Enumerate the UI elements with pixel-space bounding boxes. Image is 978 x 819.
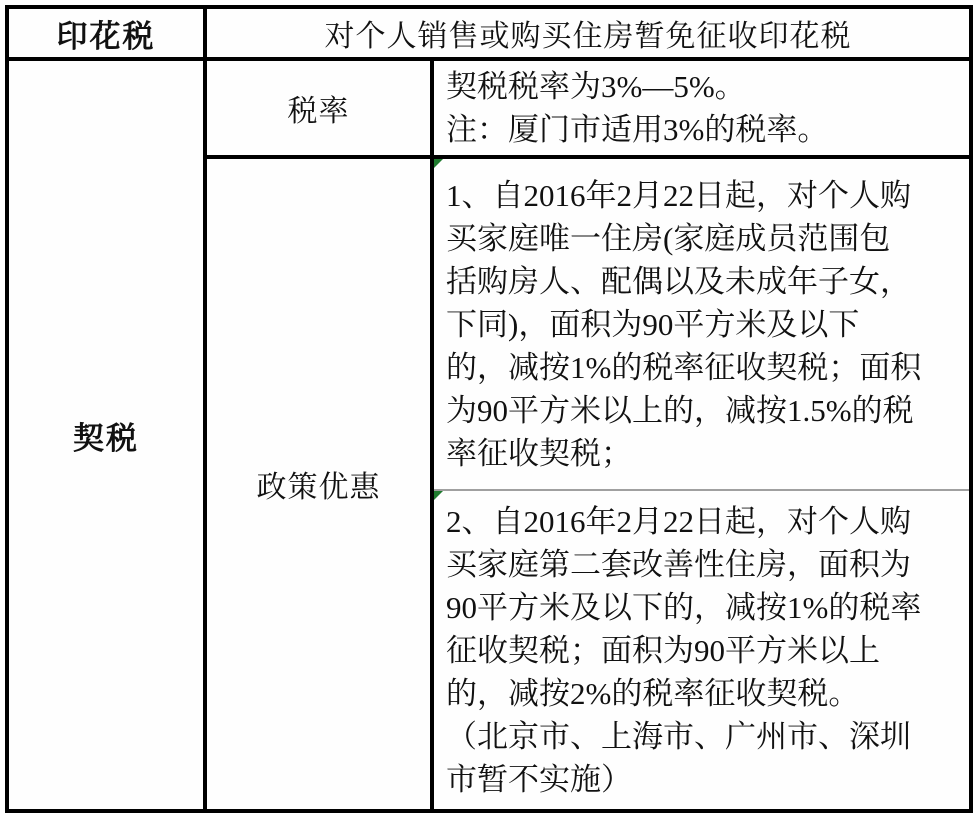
- tax-policy-table: 印花税 对个人销售或购买住房暂免征收印花税 契税 税率 契税税率为3%—5%。 …: [5, 5, 973, 813]
- tax-rate-content-cell: 契税税率为3%—5%。 注：厦门市适用3%的税率。: [434, 61, 969, 159]
- policy-benefit-item2-cell: 2、自2016年2月22日起，对个人购 买家庭第二套改善性住房，面积为 90平方…: [434, 491, 969, 809]
- tax-rate-label: 税率: [207, 61, 434, 159]
- deed-tax-label: 契税: [9, 61, 207, 809]
- stamp-tax-label: 印花税: [9, 9, 207, 61]
- policy-benefit-item2-text: 2、自2016年2月22日起，对个人购 买家庭第二套改善性住房，面积为 90平方…: [446, 500, 921, 801]
- stamp-tax-policy-text: 对个人销售或购买住房暂免征收印花税: [207, 9, 969, 61]
- policy-benefit-item1-text: 1、自2016年2月22日起，对个人购 买家庭唯一住房(家庭成员范围包 括购房人…: [446, 174, 921, 475]
- cell-corner-marker-icon: [434, 159, 443, 168]
- cell-corner-marker-icon: [434, 491, 443, 500]
- tax-rate-content-text: 契税税率为3%—5%。 注：厦门市适用3%的税率。: [446, 65, 828, 151]
- policy-benefit-label: 政策优惠: [207, 159, 434, 809]
- policy-benefit-item1-cell: 1、自2016年2月22日起，对个人购 买家庭唯一住房(家庭成员范围包 括购房人…: [434, 159, 969, 491]
- tax-policy-document: 印花税 对个人销售或购买住房暂免征收印花税 契税 税率 契税税率为3%—5%。 …: [0, 0, 978, 819]
